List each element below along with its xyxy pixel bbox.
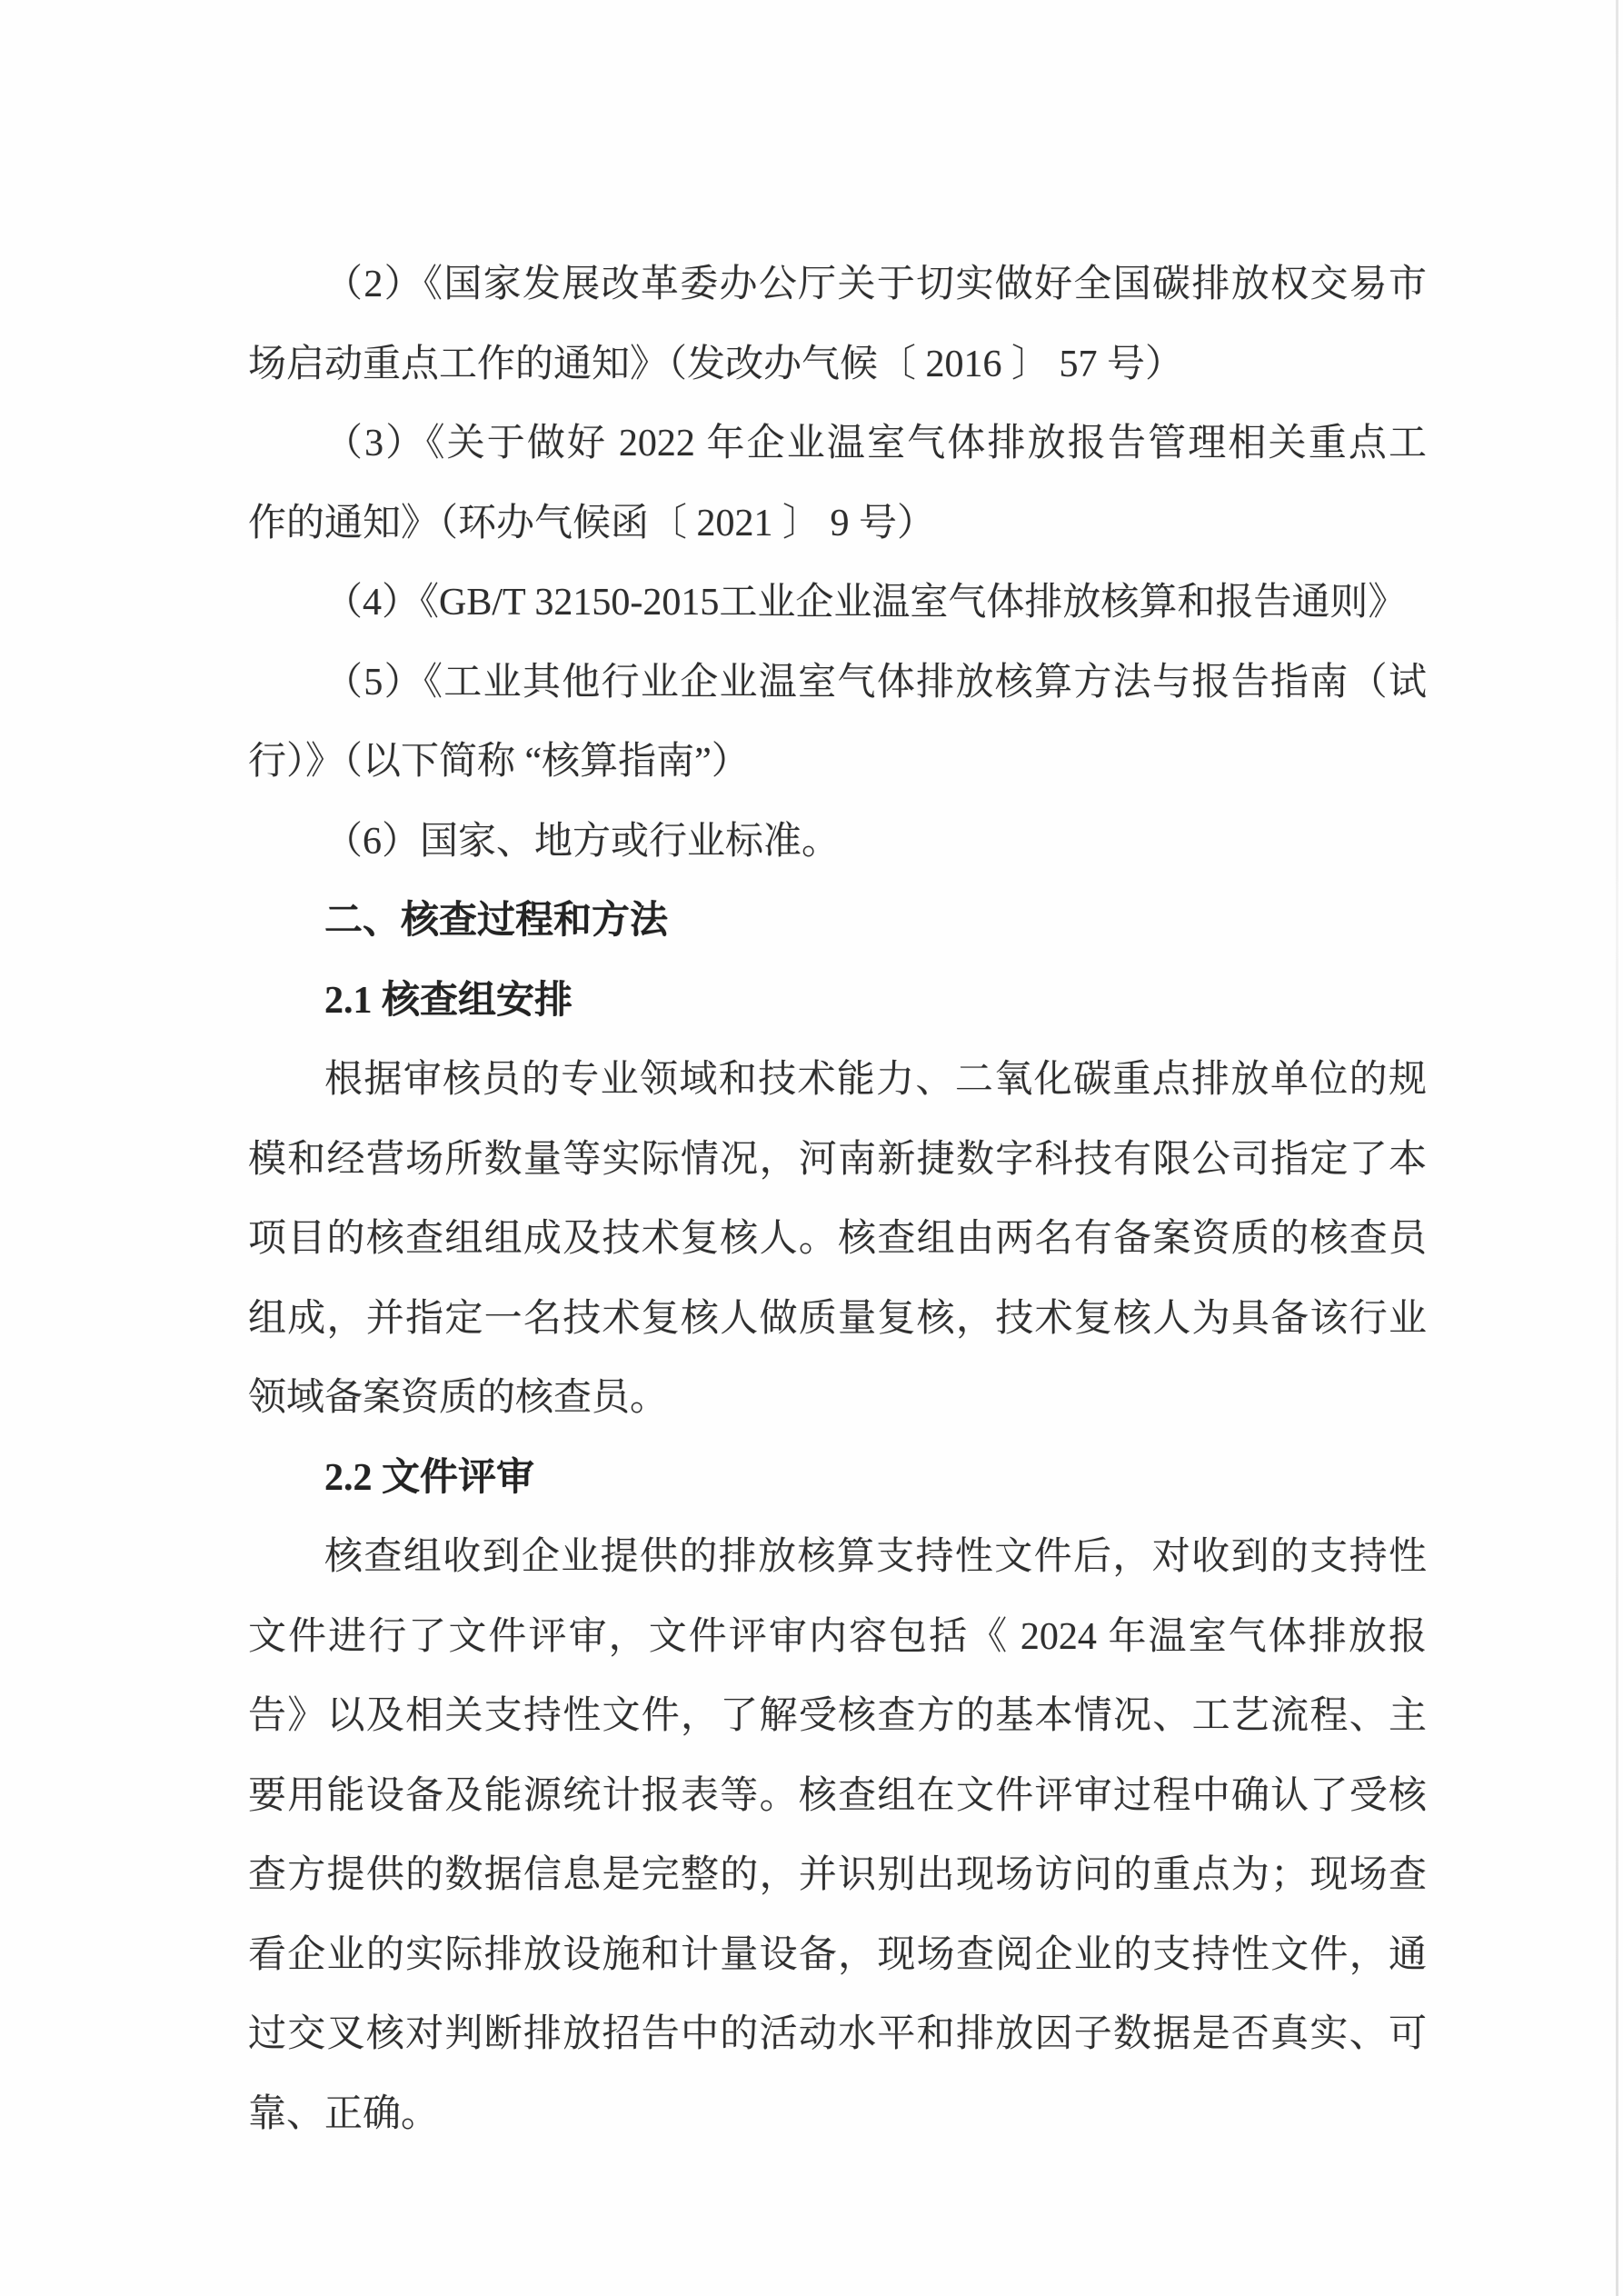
para-2-2-line-2: 文件进行了文件评审，文件评审内容包括《 2024 年温室气体排放报: [248, 1598, 1427, 1678]
list-item-2-line-1: （2）《国家发展改革委办公厅关于切实做好全国碳排放权交易市: [248, 245, 1427, 325]
list-item-6: （6）国家、地方或行业标准。: [248, 803, 1427, 883]
para-2-2-line-8: 靠、正确。: [248, 2075, 1427, 2155]
para-2-2-line-1: 核查组收到企业提供的排放核算支持性文件后，对收到的支持性: [248, 1518, 1427, 1598]
list-item-5-line-1: （5）《工业其他行业企业温室气体排放核算方法与报告指南（试: [248, 644, 1427, 724]
para-2-1-line-4: 组成，并指定一名技术复核人做质量复核，技术复核人为具备该行业: [248, 1280, 1427, 1360]
para-2-2-line-7: 过交叉核对判断排放招告中的活动水平和排放因子数据是否真实、可: [248, 1995, 1427, 2075]
para-2-2-line-6: 看企业的实际排放设施和计量设备，现场查阅企业的支持性文件，通: [248, 1916, 1427, 1996]
list-item-3-line-2: 作的通知》（环办气候函〔 2021 〕 9 号）: [248, 484, 1427, 564]
para-2-1-line-2: 模和经营场所数量等实际情况，河南新捷数字科技有限公司指定了本: [248, 1121, 1427, 1201]
subsection-heading-2-2: 2.2 文件评审: [248, 1439, 1427, 1519]
para-2-2-line-4: 要用能设备及能源统计报表等。核查组在文件评审过程中确认了受核: [248, 1757, 1427, 1837]
list-item-2-line-2: 场启动重点工作的通知》（发改办气候〔 2016 〕 57 号）: [248, 325, 1427, 405]
list-item-5-line-2: 行）》（以下简称 “核算指南”）: [248, 723, 1427, 803]
document-page: （2）《国家发展改革委办公厅关于切实做好全国碳排放权交易市 场启动重点工作的通知…: [0, 0, 1623, 2296]
para-2-1-line-5: 领域备案资质的核查员。: [248, 1359, 1427, 1439]
list-item-4: （4）《GB/T 32150-2015工业企业温室气体排放核算和报告通则》: [248, 564, 1427, 644]
subsection-heading-2-1: 2.1 核查组安排: [248, 962, 1427, 1042]
section-heading-2: 二、核查过程和方法: [248, 882, 1427, 962]
para-2-1-line-1: 根据审核员的专业领域和技术能力、二氧化碳重点排放单位的规: [248, 1041, 1427, 1121]
para-2-1-line-3: 项目的核查组组成及技术复核人。核查组由两名有备案资质的核查员: [248, 1200, 1427, 1280]
document-text-block: （2）《国家发展改革委办公厅关于切实做好全国碳排放权交易市 场启动重点工作的通知…: [248, 245, 1427, 2154]
para-2-2-line-3: 告》以及相关支持性文件，了解受核查方的基本情况、工艺流程、主: [248, 1677, 1427, 1757]
para-2-2-line-5: 查方提供的数据信息是完整的，并识别出现场访问的重点为；现场查: [248, 1836, 1427, 1916]
scan-edge-artifact: [1616, 0, 1618, 2296]
list-item-3-line-1: （3）《关于做好 2022 年企业温室气体排放报告管理相关重点工: [248, 404, 1427, 484]
